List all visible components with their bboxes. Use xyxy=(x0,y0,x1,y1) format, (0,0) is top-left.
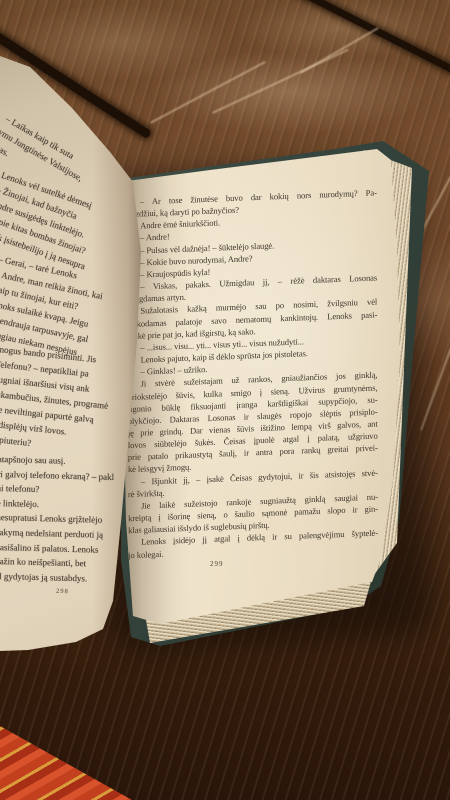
left-page-text-segment: atapšnojo sau ausį.ri galvoj telefono ek… xyxy=(0,452,115,586)
photo-scene: – Ar tose žinutėse buvo dar kokių nors n… xyxy=(0,0,450,800)
left-page-text-segment: mogus bando prisiminti. JisTelefonu? – n… xyxy=(0,342,114,459)
text-line: ol gydytojas ją sustabdys. xyxy=(0,569,112,587)
left-page-number: 298 xyxy=(56,588,69,595)
